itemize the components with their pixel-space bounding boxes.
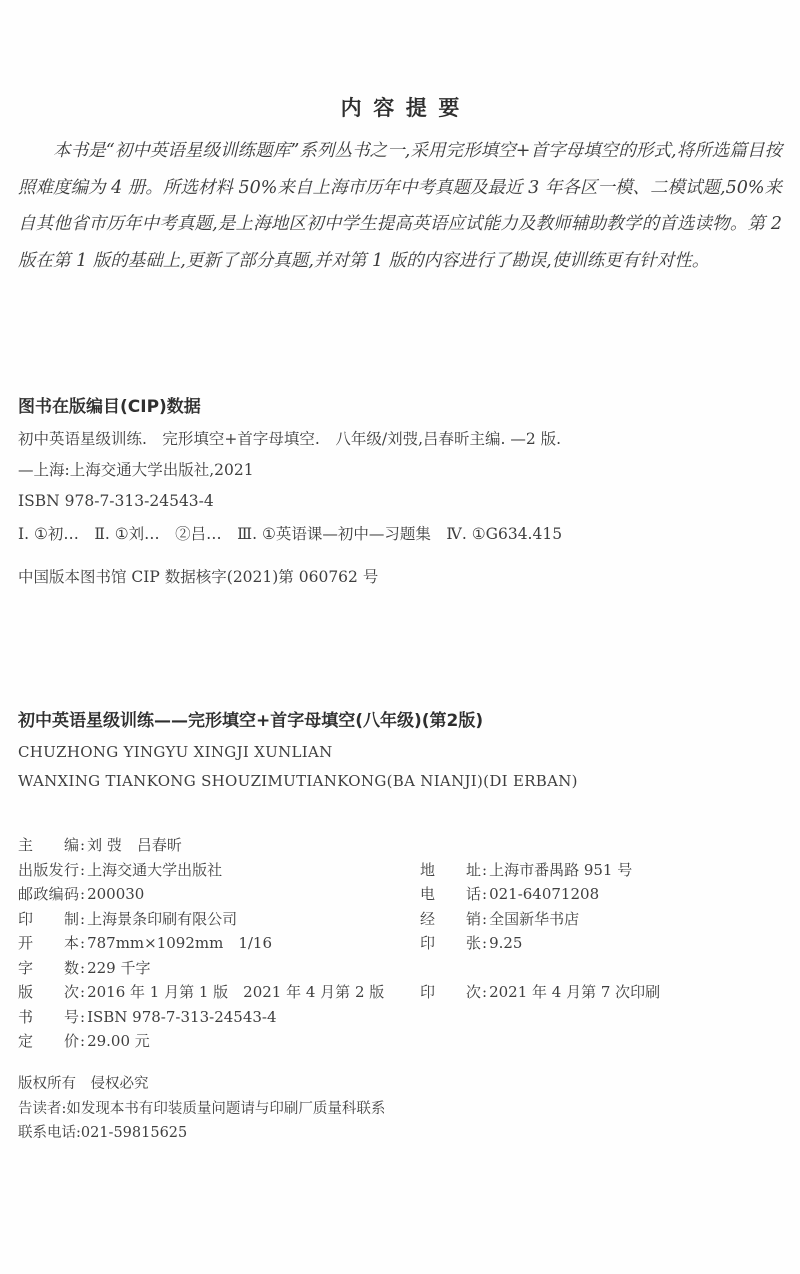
contact-phone: 联系电话:021-59815625 [18,1121,758,1146]
cip-heading: 图书在版编目(CIP)数据 [18,392,201,417]
pub-label: 电话 [420,882,481,907]
book-title: 初中英语星级训练——完形填空+首字母填空(八年级)(第2版) [18,706,782,731]
publication-info-right-column: 地址:上海市番禺路 951 号 电话:021-64071208 经销:全国新华书… [420,833,782,1054]
pub-value: 229 千字 [87,959,150,977]
pub-row-impression: 印次:2021 年 4 月第 7 次印刷 [420,980,782,1005]
cip-line-title: 初中英语星级训练. 完形填空+首字母填空. 八年级/刘弢,吕春昕主编. —2 版… [18,424,758,455]
colon: : [80,836,85,854]
pub-row-word-count: 字数:229 千字 [18,956,420,981]
pub-value: 上海市番禺路 951 号 [489,861,632,879]
pub-row-publisher: 出版发行:上海交通大学出版社 [18,858,420,883]
pub-value: 2016 年 1 月第 1 版 2021 年 4 月第 2 版 [87,983,384,1001]
colon: : [482,983,487,1001]
cip-record-number: 中国版本图书馆 CIP 数据核字(2021)第 060762 号 [18,565,758,587]
book-pinyin: CHUZHONG YINGYU XINGJI XUNLIAN WANXING T… [18,738,782,796]
summary-paragraph: 本书是“初中英语星级训练题库”系列丛书之一,采用完形填空+首字母填空的形式,将所… [18,133,782,279]
pub-row-address: 地址:上海市番禺路 951 号 [420,858,782,883]
pub-row-postcode: 邮政编码:200030 [18,882,420,907]
pub-label: 出版发行 [18,858,79,883]
pub-row-format: 开本:787mm×1092mm 1/16 [18,931,420,956]
pub-value: 全国新华书店 [489,910,579,928]
colon: : [80,934,85,952]
pub-value: ISBN 978-7-313-24543-4 [87,1008,276,1026]
pub-value: 2021 年 4 月第 7 次印刷 [489,983,660,1001]
colon: : [482,934,487,952]
colon: : [482,910,487,928]
pub-value: 021-64071208 [489,885,599,903]
copyright-notice: 版权所有 侵权必究 告读者:如发现本书有印装质量问题请与印刷厂质量科联系 联系电… [18,1072,758,1146]
pub-value: 9.25 [489,934,522,952]
colon: : [80,1008,85,1026]
pub-row-book-number: 书号:ISBN 978-7-313-24543-4 [18,1005,420,1030]
pub-value: 上海交通大学出版社 [87,861,222,879]
pub-row-distributor: 经销:全国新华书店 [420,907,782,932]
pub-value: 787mm×1092mm 1/16 [87,934,272,952]
publication-info: 主编:刘 弢 吕春昕 出版发行:上海交通大学出版社 邮政编码:200030 印制… [18,833,782,1054]
pub-label: 印张 [420,931,481,956]
pub-label: 字数 [18,956,79,981]
pub-label: 书号 [18,1005,79,1030]
pub-value: 29.00 元 [87,1032,150,1050]
pub-label: 印制 [18,907,79,932]
copyright-statement: 版权所有 侵权必究 [18,1072,758,1097]
pub-label: 邮政编码 [18,882,79,907]
colon: : [482,885,487,903]
pub-row-sheets: 印张:9.25 [420,931,782,956]
pub-row-printer: 印制:上海景条印刷有限公司 [18,907,420,932]
colon: : [482,861,487,879]
pub-value: 刘 弢 吕春昕 [87,836,182,854]
cip-line-isbn: ISBN 978-7-313-24543-4 [18,486,758,517]
colon: : [80,910,85,928]
pub-label: 经销 [420,907,481,932]
cip-classification: Ⅰ. ①初… Ⅱ. ①刘… ②吕… Ⅲ. ①英语课—初中—习题集 Ⅳ. ①G63… [18,522,758,544]
pub-row-price: 定价:29.00 元 [18,1029,420,1054]
book-pinyin-line2: WANXING TIANKONG SHOUZIMUTIANKONG(BA NIA… [18,767,782,796]
colon: : [80,983,85,1001]
pub-label: 印次 [420,980,481,1005]
copyright-page: 内容提要 本书是“初中英语星级训练题库”系列丛书之一,采用完形填空+首字母填空的… [0,0,800,1274]
summary-title: 内容提要 [0,92,800,122]
reader-notice: 告读者:如发现本书有印装质量问题请与印刷厂质量科联系 [18,1097,758,1122]
pub-row-edition: 版次:2016 年 1 月第 1 版 2021 年 4 月第 2 版 [18,980,420,1005]
pub-label: 开本 [18,931,79,956]
cip-description: 初中英语星级训练. 完形填空+首字母填空. 八年级/刘弢,吕春昕主编. —2 版… [18,424,758,517]
pub-row-chief-editor: 主编:刘 弢 吕春昕 [18,833,420,858]
cip-line-publisher: —上海:上海交通大学出版社,2021 [18,455,758,486]
pub-label: 定价 [18,1029,79,1054]
colon: : [80,861,85,879]
book-pinyin-line1: CHUZHONG YINGYU XINGJI XUNLIAN [18,738,782,767]
colon: : [80,885,85,903]
pub-value: 200030 [87,885,144,903]
colon: : [80,1032,85,1050]
pub-label: 地址 [420,858,481,883]
publication-info-left-column: 主编:刘 弢 吕春昕 出版发行:上海交通大学出版社 邮政编码:200030 印制… [18,833,420,1054]
pub-label: 主编 [18,833,79,858]
pub-row-phone: 电话:021-64071208 [420,882,782,907]
colon: : [80,959,85,977]
pub-value: 上海景条印刷有限公司 [87,910,237,928]
pub-label: 版次 [18,980,79,1005]
